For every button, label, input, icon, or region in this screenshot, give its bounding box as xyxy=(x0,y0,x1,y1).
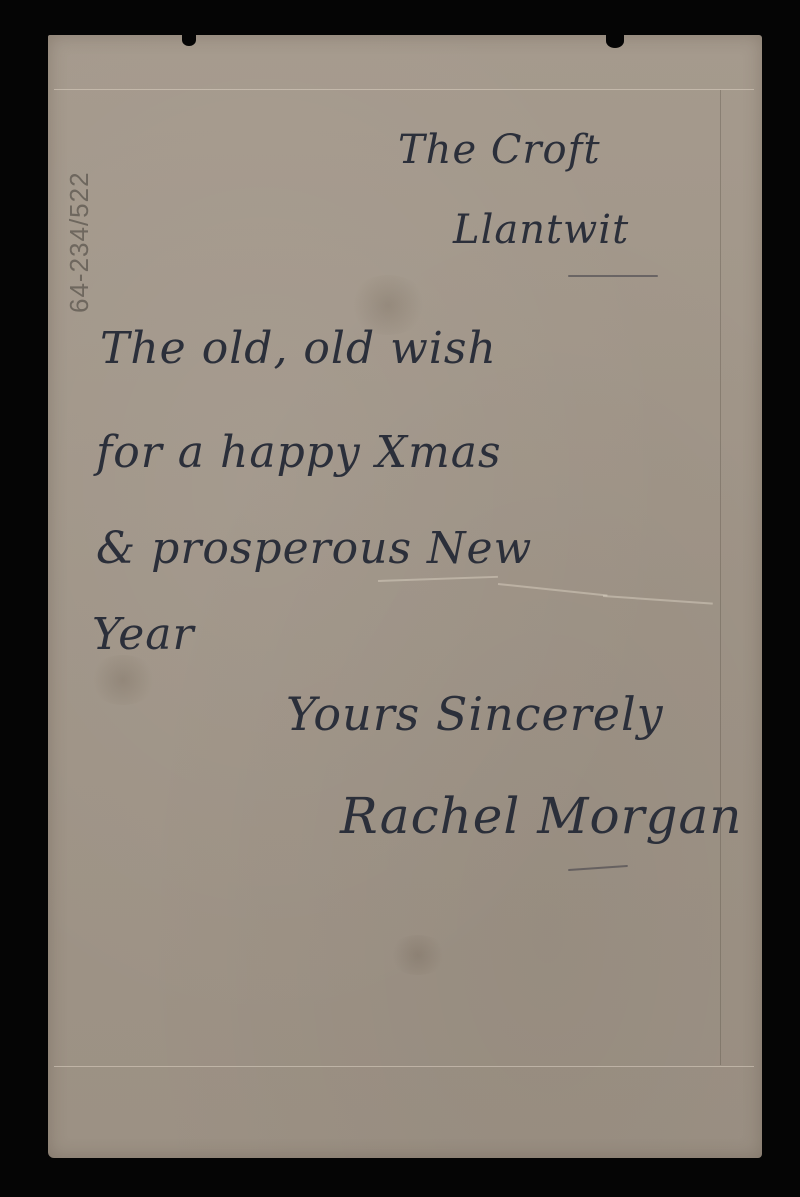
body-line-1: The old, old wish xyxy=(100,323,497,374)
paper-stain xyxy=(388,935,448,975)
fold-line-bottom xyxy=(54,1066,754,1067)
closing-line: Yours Sincerely xyxy=(286,687,664,741)
fold-line-top xyxy=(54,89,754,90)
address-line-1: The Croft xyxy=(398,127,601,173)
body-line-3: & prosperous New xyxy=(96,523,532,574)
signature-flourish xyxy=(568,865,628,871)
fold-line-right xyxy=(720,90,721,1065)
address-line-2: Llantwit xyxy=(453,207,629,253)
signature: Rachel Morgan xyxy=(340,787,743,845)
address-underline xyxy=(568,275,658,277)
body-line-2: for a happy Xmas xyxy=(96,427,502,478)
accession-number: 64-234/522 xyxy=(64,171,95,313)
paper-crease xyxy=(378,576,498,582)
body-line-4: Year xyxy=(92,609,195,660)
letter-paper: 64-234/522 The Croft Llantwit The old, o… xyxy=(48,35,762,1158)
paper-crease xyxy=(603,595,713,605)
paper-stain xyxy=(88,655,158,705)
paper-notch-left xyxy=(182,34,196,46)
paper-notch-right xyxy=(606,34,624,48)
paper-crease xyxy=(498,583,608,596)
